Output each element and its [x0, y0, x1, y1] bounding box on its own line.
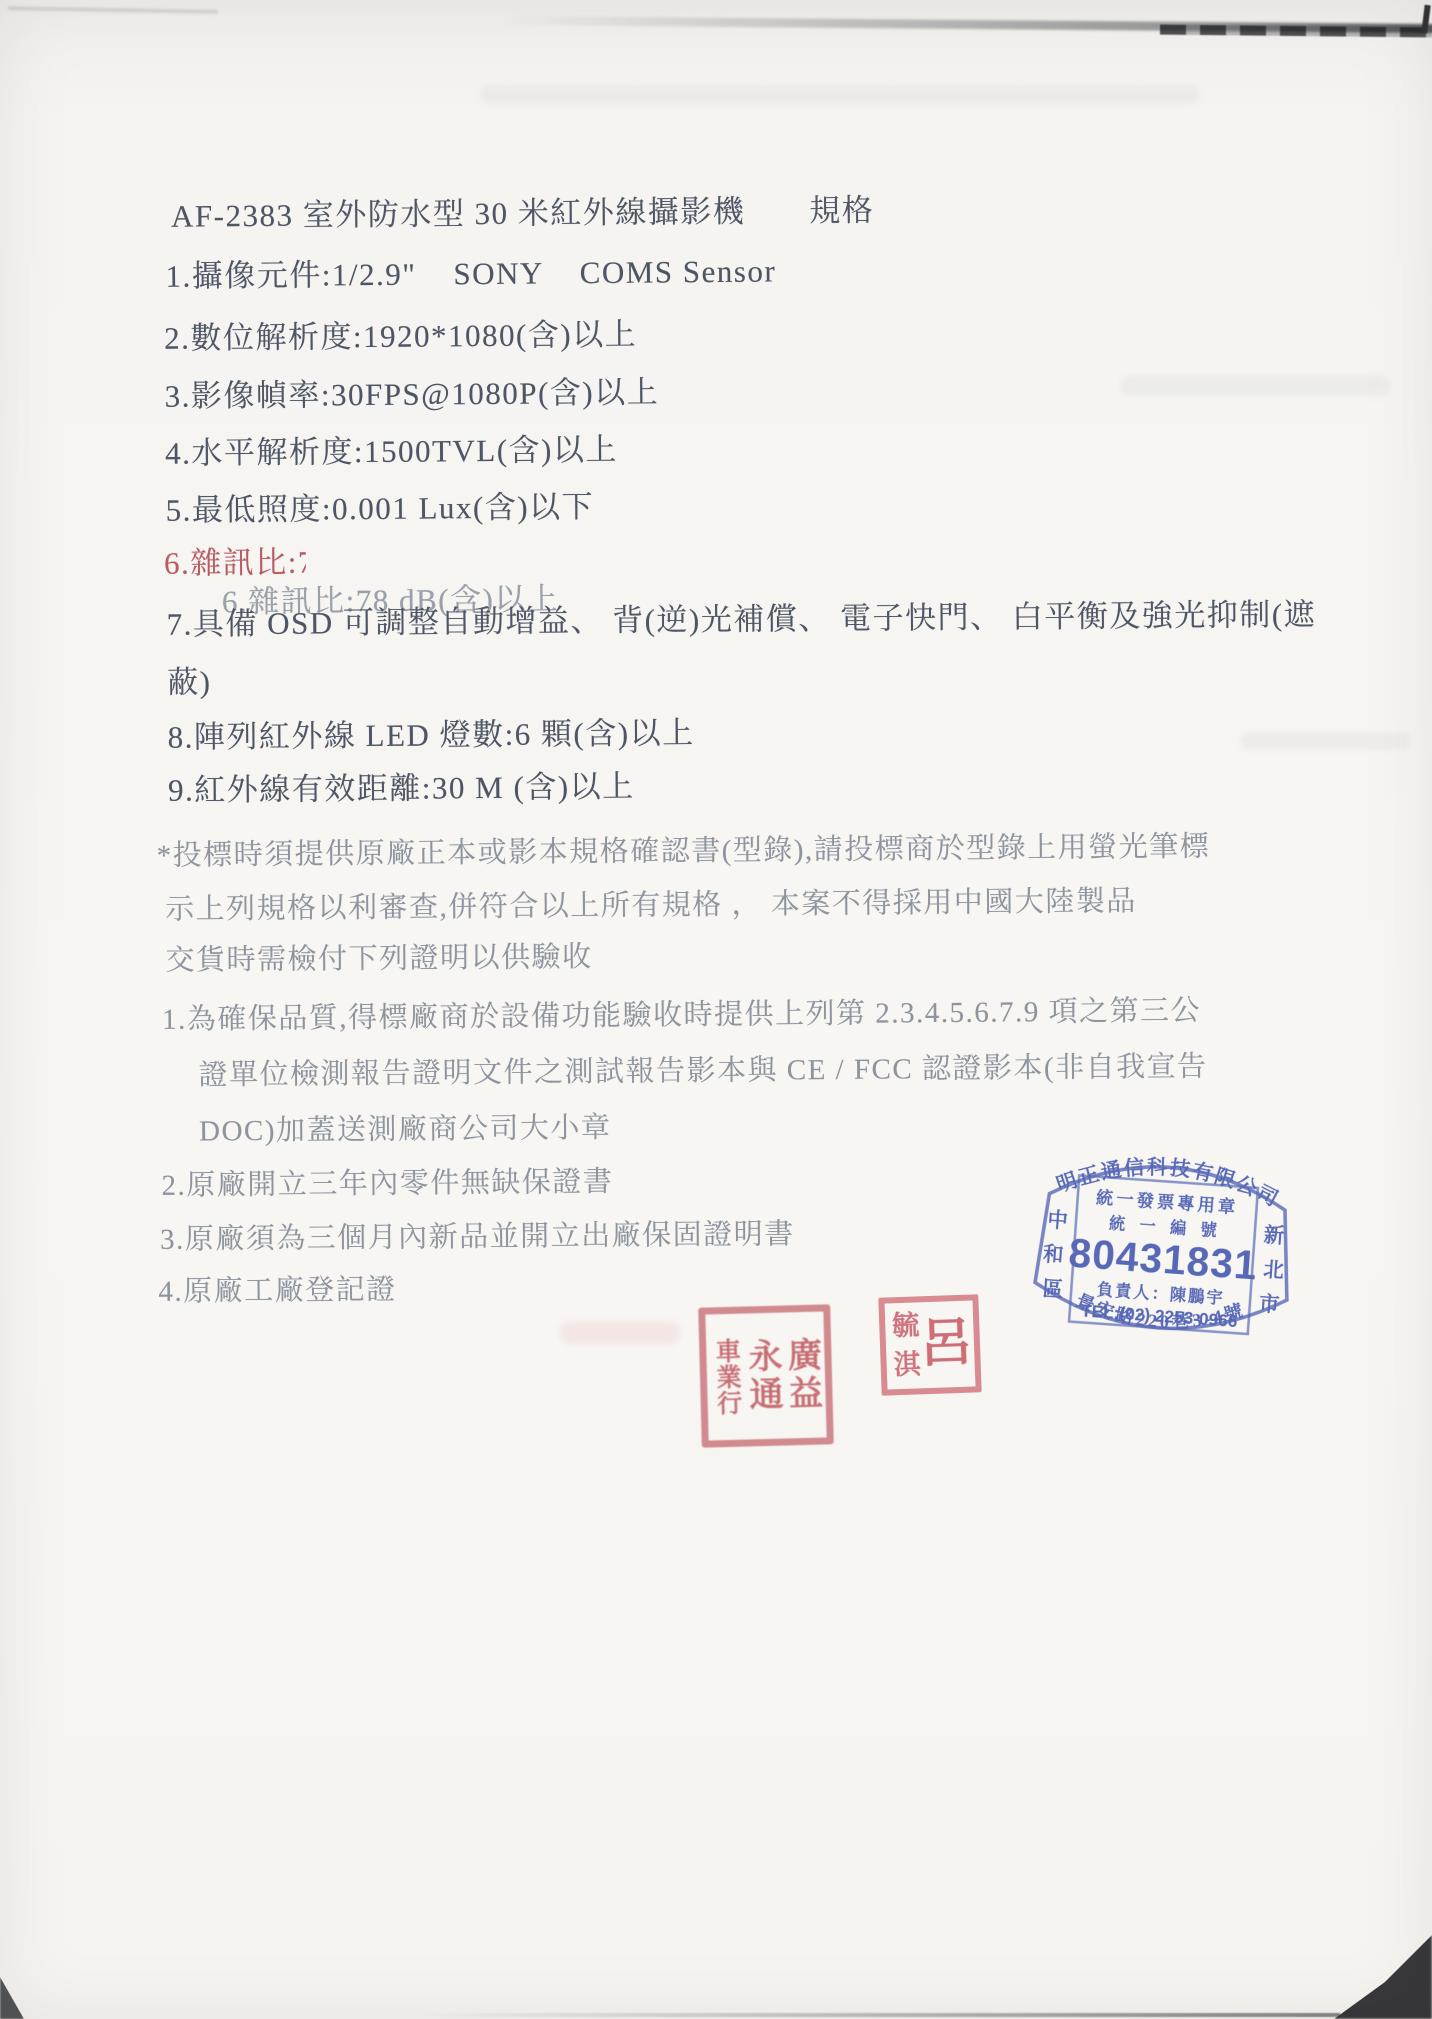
spec-item-7-line1: 7.具備 OSD 可調整自動增益、 背(逆)光補償、 電子快門、 白平衡及強光抑…: [166, 589, 1316, 644]
invoice-stamp-graphic: 明正通信科技有限公司 統一發票專用章 統 一 編 號 80431831 負責人：…: [1014, 1108, 1315, 1372]
spec-item-3: 3.影像幀率:30FPS@1080P(含)以上: [164, 366, 659, 415]
seal-surname: 呂: [919, 1318, 973, 1372]
stamp-tax-id: 80431831: [1067, 1229, 1259, 1288]
spec-item-7-line2: 蔽): [167, 656, 212, 701]
red-name-seal: 毓 淇 呂: [878, 1294, 981, 1395]
stamp-district-char-3: 區: [1042, 1277, 1064, 1301]
seal-column-right: 廣益: [783, 1337, 819, 1414]
delivery-item-1-line1: 1.為確保品質,得標廠商於設備功能驗收時提供上列第 2.3.4.5.6.7.9 …: [162, 988, 1201, 1038]
spec-item-9: 9.紅外線有效距離:30 M (含)以上: [168, 761, 635, 810]
spec-item-4: 4.水平解析度:1500TVL(含)以上: [165, 424, 618, 473]
seal-column-left: 車業行: [713, 1338, 740, 1417]
stamp-city-char-2: 北: [1263, 1258, 1286, 1282]
delivery-item-1-line2: 證單位檢測報告證明文件之測試報告影本與 CE / FCC 認證影本(非自我宣告: [198, 1044, 1207, 1094]
document-title: AF-2383 室外防水型 30 米紅外線攝影機規格: [171, 185, 875, 236]
spec-item-8: 8.陣列紅外線 LED 燈數:6 顆(含)以上: [167, 707, 694, 757]
red-company-seal: 車業行 永通 廣益: [698, 1304, 834, 1447]
stamp-district-char-1: 中: [1047, 1207, 1069, 1232]
document-content: AF-2383 室外防水型 30 米紅外線攝影機規格 1.攝像元件:1/2.9"…: [0, 0, 1432, 2019]
delivery-item-3: 3.原廠須為三個月內新品並開立出廠保固證明書: [160, 1211, 795, 1258]
stamp-city-char-1: 新: [1263, 1222, 1286, 1247]
spec-item-5: 5.最低照度:0.001 Lux(含)以下: [165, 481, 594, 530]
scanned-document-page: AF-2383 室外防水型 30 米紅外線攝影機規格 1.攝像元件:1/2.9"…: [0, 0, 1432, 2019]
delivery-item-1-line3: DOC)加蓋送測廠商公司大小章: [199, 1105, 612, 1150]
tender-note-line1: *投標時須提供原廠正本或影本規格確認書(型錄),請投標商於型錄上用螢光筆標: [156, 824, 1210, 874]
title-label: 規格: [745, 193, 874, 229]
seal-column-middle: 永通: [744, 1338, 780, 1415]
spec-item-1: 1.攝像元件:1/2.9" SONY COMS Sensor: [165, 245, 776, 295]
delivery-item-4: 4.原廠工廠登記證: [158, 1267, 397, 1310]
seal-given-top: 毓: [892, 1308, 920, 1344]
title-text: AF-2383 室外防水型 30 米紅外線攝影機: [171, 194, 745, 234]
stamp-district-char-2: 和: [1042, 1242, 1064, 1267]
tender-note-line3: 交貨時需檢付下列證明以供驗收: [165, 934, 592, 979]
seal-given-bottom: 淇: [893, 1347, 921, 1383]
tender-note-line2: 示上列規格以利審查,併符合以上所有規格 ， 本案不得採用中國大陸製品: [165, 878, 1137, 927]
stamp-seal-type: 統一發票專用章: [1095, 1187, 1239, 1217]
spec-item-2: 2.數位解析度:1920*1080(含)以上: [164, 309, 637, 358]
stamp-city-char-3: 市: [1258, 1291, 1280, 1316]
blue-invoice-stamp: 明正通信科技有限公司 統一發票專用章 統 一 編 號 80431831 負責人：…: [1014, 1108, 1315, 1372]
seal-given-name-column: 毓 淇: [892, 1308, 922, 1383]
delivery-item-2: 2.原廠開立三年內零件無缺保證書: [161, 1159, 613, 1204]
spec-item-6-red-overwrite: 6.雜訊比:78 dB(含)以上: [164, 535, 502, 583]
